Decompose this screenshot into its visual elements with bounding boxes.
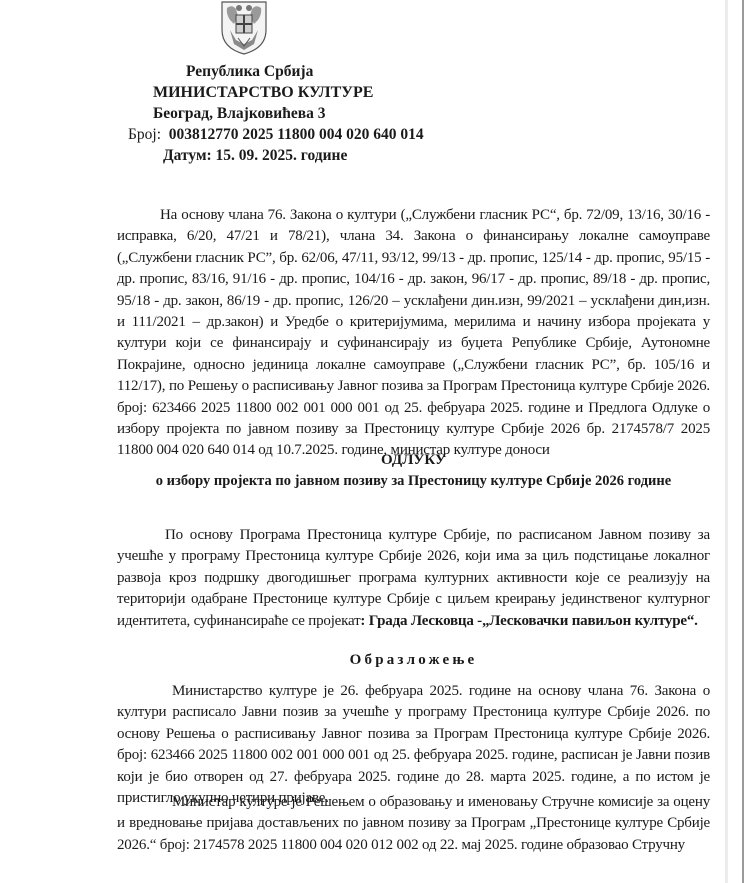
republic-name: Република Србија bbox=[186, 63, 313, 81]
explanation-title: Образложење bbox=[117, 652, 710, 669]
page-border bbox=[742, 0, 744, 883]
document-page: Република Србија МИНИСТАРСТВО КУЛТУРЕ Бе… bbox=[0, 0, 745, 883]
decision-subtitle: о избору пројекта по јавном позиву за Пр… bbox=[117, 473, 710, 490]
page-edge-shadow bbox=[725, 0, 728, 883]
ministry-name: МИНИСТАРСТВО КУЛТУРЕ bbox=[153, 84, 373, 102]
document-number: Број: 003812770 2025 11800 004 020 640 0… bbox=[128, 126, 424, 144]
document-number-value: 003812770 2025 11800 004 020 640 014 bbox=[169, 126, 424, 143]
document-date: Датум: 15. 09. 2025. године bbox=[163, 147, 347, 165]
document-number-label: Број: bbox=[128, 126, 161, 143]
coat-of-arms-icon bbox=[218, 0, 270, 55]
ministry-address: Београд, Влајковићева 3 bbox=[153, 105, 325, 123]
explanation-paragraph-1: Министарство културе је 26. фебруара 202… bbox=[117, 681, 710, 809]
explanation-paragraph-2: Министар културе је Решењем о образовању… bbox=[117, 792, 710, 856]
preamble-paragraph: На основу члана 76. Закона о култури („С… bbox=[117, 205, 710, 462]
decision-title: ОДЛУКУ bbox=[117, 452, 710, 469]
decision-paragraph: По основу Програма Престоница културе Ср… bbox=[117, 525, 710, 632]
project-name: : Града Лесковца -„Лесковачки павиљон ку… bbox=[360, 613, 697, 629]
